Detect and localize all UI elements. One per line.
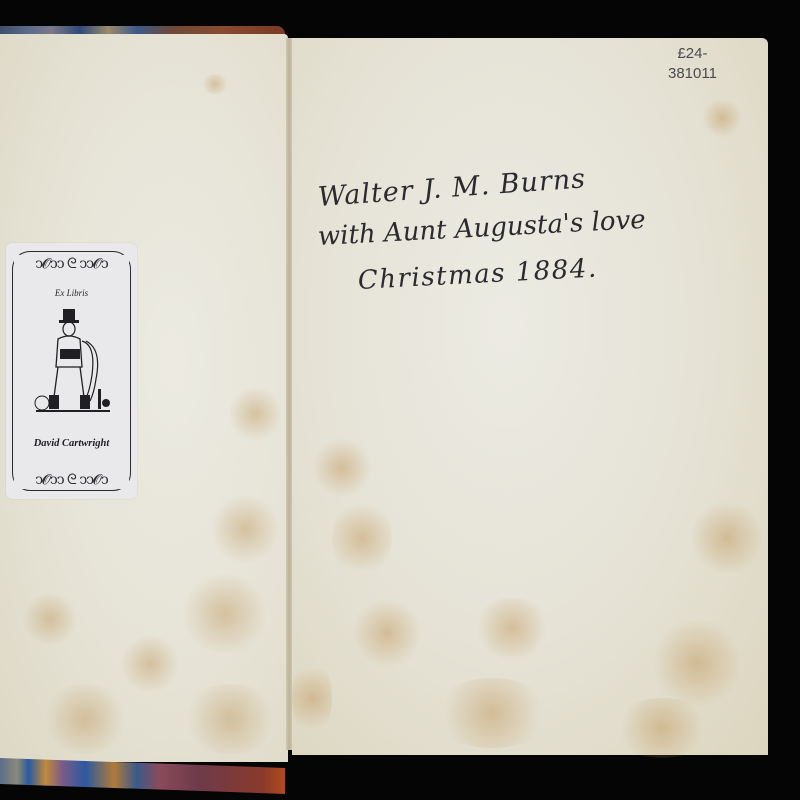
marbled-cover-edge-bottom: [0, 758, 285, 794]
scroll-ornament-bottom: ↄ𝓞ↄↄ ᘓ ↄↄ𝓞ↄ: [14, 471, 129, 489]
bookplate-owner-name: David Cartwright: [6, 438, 137, 449]
man-with-banner-illustration-icon: [34, 305, 112, 425]
foxing-spot: [230, 384, 280, 444]
ex-libris-bookplate: ↄ𝓞ↄↄ ᘓ ↄↄ𝓞ↄ Ex Libris David Cartwright ↄ…: [6, 243, 137, 499]
foxing-spot: [432, 678, 552, 748]
book-photo: £24- 381011 Walter J. M. Burns with Aunt…: [0, 0, 800, 800]
stock-code-text: 381011: [668, 64, 717, 84]
price-text: £24-: [668, 44, 717, 64]
foxing-spot: [210, 494, 280, 564]
foxing-spot: [200, 74, 230, 94]
scroll-ornament-top: ↄ𝓞ↄↄ ᘓ ↄↄ𝓞ↄ: [14, 255, 129, 273]
foxing-spot: [180, 684, 280, 754]
foxing-spot: [652, 618, 742, 708]
foxing-spot: [312, 438, 372, 498]
foxing-spot: [40, 684, 130, 754]
foxing-spot: [120, 634, 180, 694]
right-endpaper: [292, 38, 768, 755]
foxing-spot: [20, 594, 80, 644]
foxing-spot: [352, 598, 422, 668]
foxing-spot: [332, 498, 392, 578]
foxing-spot: [692, 498, 762, 578]
pencil-price-note: £24- 381011: [668, 44, 717, 84]
foxing-spot: [292, 658, 332, 738]
foxing-spot: [472, 598, 552, 658]
foxing-spot: [612, 698, 712, 758]
foxing-spot: [180, 574, 270, 654]
foxing-spot: [702, 98, 742, 138]
bookplate-heading: Ex Libris: [6, 288, 137, 298]
